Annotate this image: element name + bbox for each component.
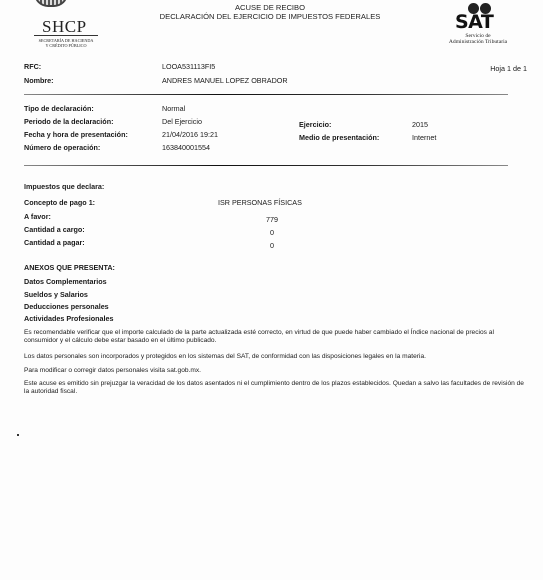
concepto-label: Concepto de pago 1: — [24, 198, 95, 207]
annex-item: Sueldos y Salarios — [24, 290, 88, 299]
tipo-label: Tipo de declaración: — [24, 104, 94, 113]
eagle-emblem-icon — [34, 0, 68, 7]
pagar-value: 0 — [207, 241, 337, 250]
section-divider — [24, 165, 508, 166]
tipo-value: Normal — [162, 104, 185, 113]
cargo-value: 0 — [207, 228, 337, 237]
ejercicio-label: Ejercicio: — [299, 120, 331, 129]
favor-label: A favor: — [24, 212, 51, 221]
annex-item: Datos Complementarios — [24, 277, 107, 286]
name-value: ANDRES MANUEL LOPEZ OBRADOR — [162, 76, 288, 85]
fecha-label: Fecha y hora de presentación: — [24, 130, 128, 139]
pagar-label: Cantidad a pagar: — [24, 238, 85, 247]
annex-item: Deducciones personales — [24, 302, 109, 311]
sat-logo-subtitle: Servicio de Administración Tributaria — [438, 33, 518, 46]
taxes-heading: Impuestos que declara: — [24, 182, 104, 191]
favor-value: 779 — [207, 215, 337, 224]
note-personal-data: Los datos personales son incorporados y … — [24, 353, 524, 361]
shcp-logo-divider — [34, 35, 98, 36]
operacion-label: Número de operación: — [24, 143, 100, 152]
periodo-label: Periodo de la declaración: — [24, 117, 113, 126]
note-modify-data: Para modificar o corregir datos personal… — [24, 367, 524, 375]
document-title: ACUSE DE RECIBO DECLARACIÓN DEL EJERCICI… — [140, 4, 400, 21]
document-title-line-2: DECLARACIÓN DEL EJERCICIO DE IMPUESTOS F… — [140, 13, 400, 22]
shcp-logo-subtitle: SECRETARÍA DE HACIENDA Y CRÉDITO PÚBLICO — [30, 38, 102, 48]
ejercicio-value: 2015 — [412, 120, 428, 129]
note-disclaimer: Este acuse es emitido sin prejuzgar la v… — [24, 380, 524, 397]
name-label: Nombre: — [24, 76, 54, 85]
rfc-label: RFC: — [24, 62, 41, 71]
rfc-value: LOOA531113FI5 — [162, 62, 215, 71]
note-index-warning: Es recomendable verificar que el importe… — [24, 329, 524, 346]
concepto-value: ISR PERSONAS FÍSICAS — [218, 198, 302, 207]
annex-item: Actividades Profesionales — [24, 314, 113, 323]
annexes-heading: ANEXOS QUE PRESENTA: — [24, 263, 115, 272]
periodo-value: Del Ejercicio — [162, 117, 202, 126]
section-divider — [24, 94, 508, 95]
shcp-subtitle-line: Y CRÉDITO PÚBLICO — [30, 43, 102, 48]
page-indicator: Hoja 1 de 1 — [490, 64, 527, 73]
medio-value: Internet — [412, 133, 436, 142]
shcp-logo: SHCP — [42, 17, 87, 37]
cargo-label: Cantidad a cargo: — [24, 225, 85, 234]
sat-subtitle-line: Administración Tributaria — [438, 39, 518, 45]
operacion-value: 163840001554 — [162, 143, 210, 152]
fecha-value: 21/04/2016 19:21 — [162, 130, 218, 139]
stray-mark — [17, 434, 19, 436]
sat-logo: SAT — [455, 11, 493, 33]
medio-label: Medio de presentación: — [299, 133, 379, 142]
